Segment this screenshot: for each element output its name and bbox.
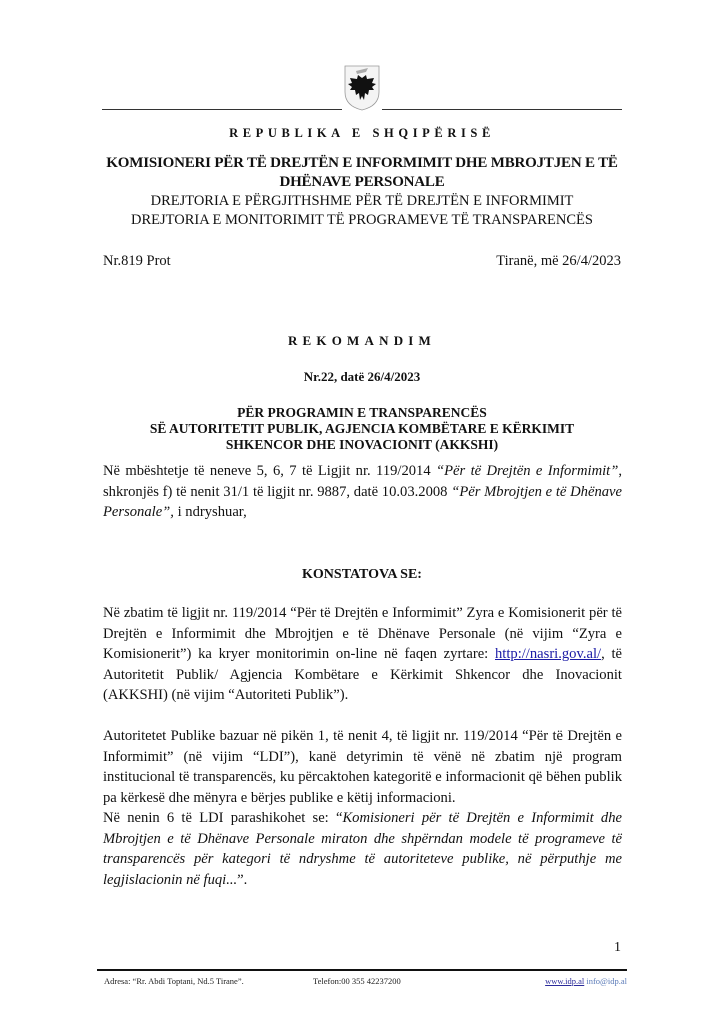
protocol-number: Nr.819 Prot bbox=[103, 253, 171, 270]
section-heading: KONSTATOVA SE: bbox=[100, 567, 624, 583]
title-line-2: SË AUTORITETIT PUBLIK, AGJENCIA KOMBËTAR… bbox=[100, 421, 624, 437]
document-number-date: Nr.22, datë 26/4/2023 bbox=[100, 369, 624, 385]
text: Në mbështetje të neneve 5, 6, 7 të Ligji… bbox=[103, 463, 436, 479]
header-rule-left bbox=[102, 109, 342, 110]
document-page: REPUBLIKA E SHQIPËRISË KOMISIONERI PËR T… bbox=[0, 0, 724, 1024]
footer-website-link[interactable]: www.idp.al bbox=[545, 976, 584, 986]
text: ”. bbox=[237, 872, 247, 888]
document-title: PËR PROGRAMIN E TRANSPARENCËS SË AUTORIT… bbox=[100, 405, 624, 453]
footer-rule bbox=[97, 969, 627, 971]
albanian-eagle-emblem-icon bbox=[342, 62, 382, 112]
organization-line-2: DHËNAVE PERSONALE bbox=[100, 173, 624, 192]
organization-name: KOMISIONERI PËR TË DREJTËN E INFORMIMIT … bbox=[100, 154, 624, 192]
monitoring-paragraph: Në zbatim të ligjit nr. 119/2014 “Për të… bbox=[103, 603, 622, 706]
department-2: DREJTORIA E MONITORIMIT TË PROGRAMEVE TË… bbox=[100, 211, 624, 230]
legal-basis-paragraph: Në mbështetje të neneve 5, 6, 7 të Ligji… bbox=[103, 461, 622, 523]
law-title: “Për të Drejtën e Informimit” bbox=[436, 463, 618, 479]
country-name: REPUBLIKA E SHQIPËRISË bbox=[100, 126, 624, 141]
title-line-1: PËR PROGRAMIN E TRANSPARENCËS bbox=[100, 405, 624, 421]
website-link[interactable]: http://nasri.gov.al/ bbox=[495, 646, 601, 662]
organization-line-1: KOMISIONERI PËR TË DREJTËN E INFORMIMIT … bbox=[100, 154, 624, 173]
footer-phone: Telefon:00 355 42237200 bbox=[313, 976, 401, 986]
page-number: 1 bbox=[614, 940, 621, 956]
footer-email-link[interactable]: info@idp.al bbox=[586, 976, 627, 986]
department-1: DREJTORIA E PËRGJITHSHME PËR TË DREJTËN … bbox=[100, 192, 624, 211]
document-type: REKOMANDIM bbox=[100, 333, 624, 349]
header-rule-right bbox=[382, 109, 622, 110]
place-date: Tiranë, më 26/4/2023 bbox=[496, 253, 621, 270]
obligation-paragraph: Autoritetet Publike bazuar në pikën 1, t… bbox=[103, 726, 622, 808]
footer-address: Adresa: “Rr. Abdi Toptani, Nd.5 Tirane”. bbox=[104, 976, 244, 986]
title-line-3: SHKENCOR DHE INOVACIONIT (AKKSHI) bbox=[100, 437, 624, 453]
article-6-paragraph: Në nenin 6 të LDI parashikohet se: “Komi… bbox=[103, 808, 622, 890]
text: i ndryshuar, bbox=[174, 504, 247, 520]
text: Në nenin 6 të LDI parashikohet se: “ bbox=[103, 810, 342, 826]
footer-contacts: www.idp.al info@idp.al bbox=[545, 976, 627, 986]
